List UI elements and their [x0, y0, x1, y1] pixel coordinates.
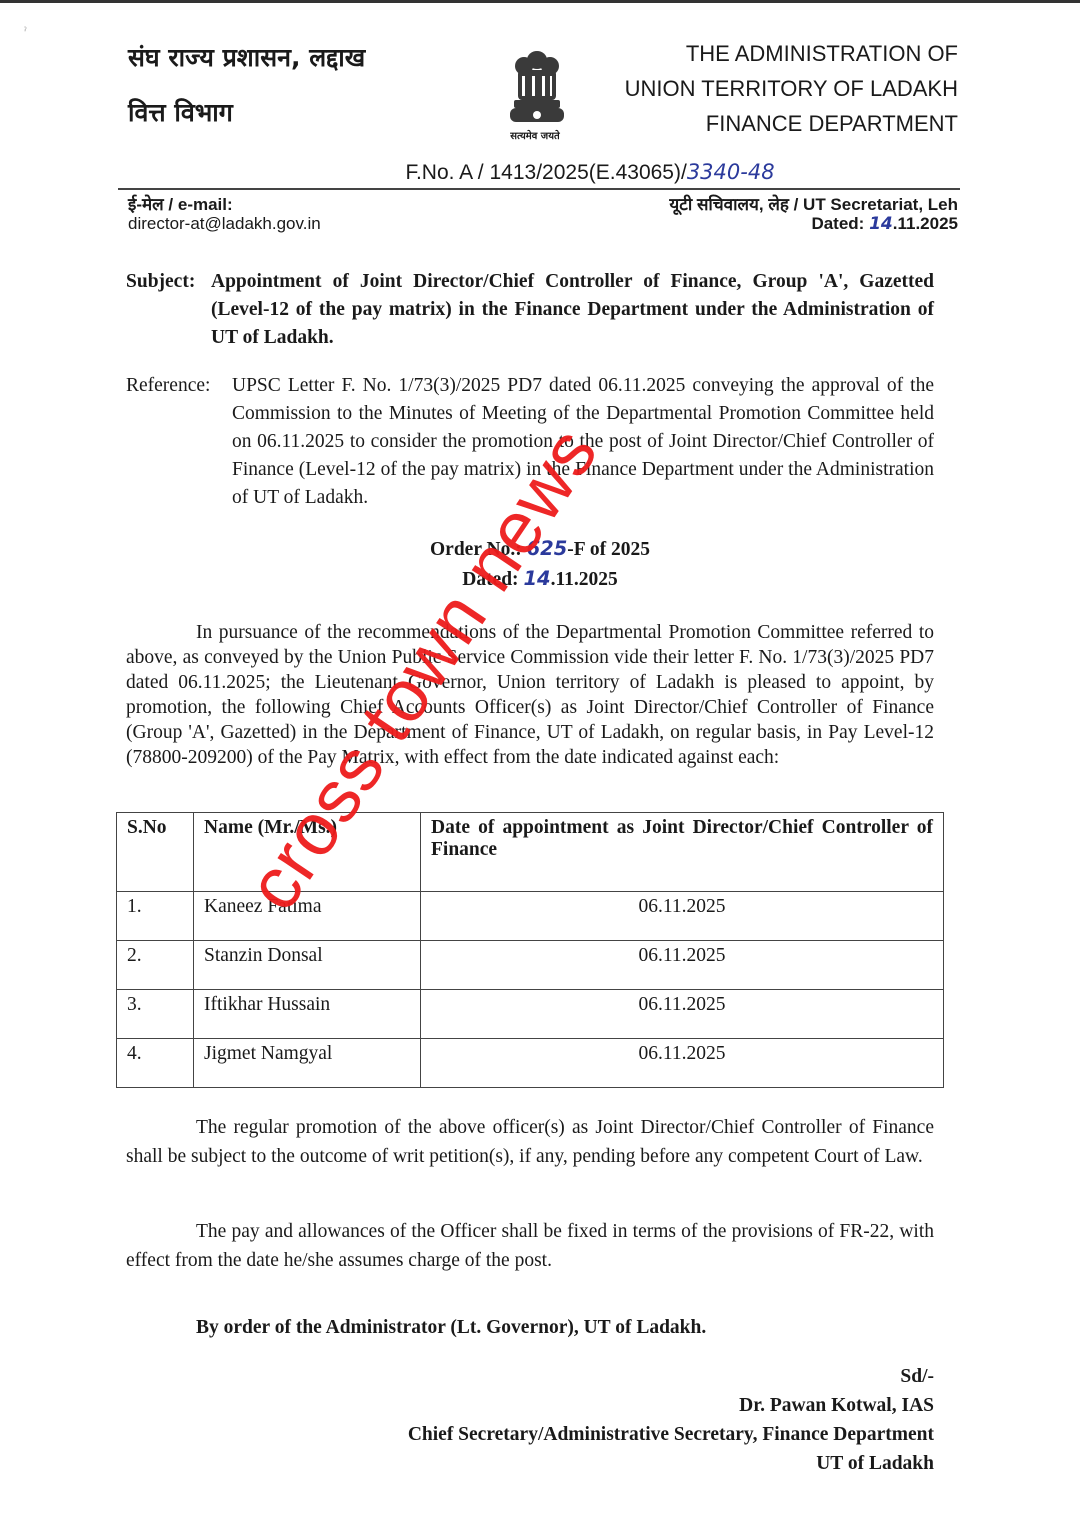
row-sno: 1.	[117, 892, 194, 941]
header-date: Date of appointment as Joint Director/Ch…	[421, 813, 944, 892]
scan-speck: ˀ	[24, 26, 26, 37]
email-address[interactable]: director-at@ladakh.gov.in	[128, 214, 321, 234]
table-row: 4.Jigmet Namgyal06.11.2025	[117, 1039, 944, 1088]
subject-block: Subject: Appointment of Joint Director/C…	[126, 268, 934, 352]
page-top-border	[0, 0, 1080, 3]
header-hindi-department: वित्त विभाग	[128, 95, 233, 129]
subject-text: Appointment of Joint Director/Chief Cont…	[126, 268, 934, 352]
file-number-handwritten: 3340-48	[687, 160, 775, 184]
by-order-line: By order of the Administrator (Lt. Gover…	[196, 1317, 706, 1339]
row-sno: 2.	[117, 941, 194, 990]
signatory-designation: Chief Secretary/Administrative Secretary…	[408, 1420, 934, 1449]
header-english-line-1: THE ADMINISTRATION OF	[625, 36, 958, 71]
row-name: Stanzin Donsal	[194, 941, 421, 990]
letter-date-handwritten-day: 14	[869, 214, 893, 234]
header-english-title: THE ADMINISTRATION OF UNION TERRITORY OF…	[625, 36, 958, 141]
file-number-printed: F.No. A / 1413/2025(E.43065)/	[405, 161, 686, 184]
row-sno: 3.	[117, 990, 194, 1039]
header-english-line-3: FINANCE DEPARTMENT	[625, 106, 958, 141]
appointment-table: S.No Name (Mr./Ms.) Date of appointment …	[116, 812, 944, 1088]
table-row: 2.Stanzin Donsal06.11.2025	[117, 941, 944, 990]
order-paragraph-3: The pay and allowances of the Officer sh…	[126, 1217, 934, 1275]
signature-sd: Sd/-	[408, 1362, 934, 1391]
row-date: 06.11.2025	[421, 941, 944, 990]
file-number: F.No. A / 1413/2025(E.43065)/3340-48	[0, 160, 1080, 185]
subject-label: Subject:	[126, 268, 211, 296]
header-hindi-administration: संघ राज्य प्रशासन, लद्दाख	[128, 40, 365, 74]
signature-block: Sd/- Dr. Pawan Kotwal, IAS Chief Secreta…	[408, 1362, 934, 1478]
table-row: 3.Iftikhar Hussain06.11.2025	[117, 990, 944, 1039]
office-address: यूटी सचिवालय, लेह / UT Secretariat, Leh	[669, 192, 958, 215]
emblem-motto: सत्यमेव जयते	[492, 128, 578, 142]
row-sno: 4.	[117, 1039, 194, 1088]
header-english-line-2: UNION TERRITORY OF LADAKH	[625, 71, 958, 106]
email-label: ई-मेल / e-mail:	[128, 192, 233, 215]
row-date: 06.11.2025	[421, 892, 944, 941]
row-date: 06.11.2025	[421, 990, 944, 1039]
header-sno: S.No	[117, 813, 194, 892]
table-row: 1.Kaneez Fatima06.11.2025	[117, 892, 944, 941]
header-divider	[118, 188, 960, 190]
row-name: Iftikhar Hussain	[194, 990, 421, 1039]
reference-label: Reference:	[126, 375, 210, 396]
row-name: Jigmet Namgyal	[194, 1039, 421, 1088]
order-paragraph-1: In pursuance of the recommendations of t…	[126, 620, 934, 770]
row-date: 06.11.2025	[421, 1039, 944, 1088]
signatory-name: Dr. Pawan Kotwal, IAS	[408, 1391, 934, 1420]
order-paragraph-2: The regular promotion of the above offic…	[126, 1113, 934, 1171]
signatory-place: UT of Ladakh	[408, 1449, 934, 1478]
letter-date: Dated: 14.11.2025	[811, 214, 958, 234]
